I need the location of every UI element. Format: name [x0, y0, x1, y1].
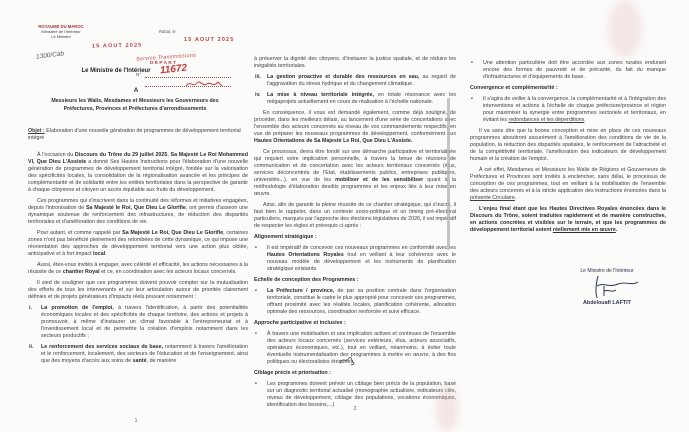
signature-name: Abdelouafi LAFTIT: [548, 300, 666, 306]
document-page-2: à préserver la dignité des citoyens, d'i…: [252, 12, 458, 424]
paragraph: Ce processus, devra être fondé sur une d…: [254, 149, 456, 198]
signature-title: Le Ministre de l'Intérieur: [548, 268, 666, 274]
paragraph: Il sied de souligner que ces programmes …: [28, 280, 248, 301]
page3-body: •Une attention particulière doit être ac…: [470, 56, 666, 234]
text-segment: Il va sans dire que la bonne conception …: [470, 128, 666, 162]
signature-block: Le Ministre de l'Intérieur Abdelouafi LA…: [548, 268, 666, 306]
text-segment: Une attention particulière doit être acc…: [483, 60, 666, 80]
paragraph: L'enjeu final étant que les Hautes Direc…: [470, 206, 666, 234]
text-segment: présente Circulaire: [470, 195, 515, 201]
addressees-line1: Messieurs les Walis, Mesdames et Messieu…: [24, 98, 246, 106]
text-segment: Pour autant, et comme rappelé par: [37, 230, 122, 236]
text-segment: .: [584, 117, 586, 123]
paragraph: Pour autant, et comme rappelé par Sa Maj…: [28, 230, 248, 258]
text-segment: Convergence et complémentarité :: [470, 85, 558, 91]
text-segment: Le renforcement des services sociaux de …: [41, 344, 163, 350]
page-edge-shadow: [447, 98, 450, 250]
subject-line: Objet : Elaboration d'une nouvelle génér…: [28, 128, 246, 142]
addressees: Messieurs les Walis, Mesdames et Messieu…: [24, 98, 246, 113]
list-marker: •: [255, 245, 257, 252]
text-segment: Ainsi, afin de garantir la pleine réussi…: [254, 202, 456, 229]
text-segment: À cet effet, Mesdames et Messieurs les W…: [470, 167, 666, 194]
list-item: •Les programmes doivent prévoir un cibla…: [254, 381, 456, 409]
document-page-3: •Une attention particulière doit être ac…: [468, 12, 670, 424]
text-segment: réellement mis en œuvre: [553, 227, 616, 233]
scan-artifact: [436, 386, 458, 432]
section-heading: Ciblage précis et priorisation :: [254, 370, 456, 377]
list-marker: •: [255, 288, 257, 295]
subject-text: Elaboration d'une nouvelle génération de…: [28, 128, 241, 141]
document-page-1: ROYAUME DU MAROC Ministère de l'Intérieu…: [22, 12, 250, 426]
list-marker: iii.: [255, 74, 261, 81]
text-segment: Sa Majesté le Roi, Que Dieu Le Glorifie: [86, 205, 186, 211]
text-segment: La promotion de l'emploi,: [41, 305, 114, 311]
list-item: •La Préfecture / province, de par sa pos…: [254, 288, 456, 316]
paragraph: à préserver la dignité des citoyens, d'i…: [254, 56, 456, 70]
subject-label: Objet :: [28, 128, 45, 134]
handwritten-reference-number: 1300/Cab: [36, 50, 65, 60]
addressees-line2: Préfectures, Provinces et Préfectures d'…: [24, 106, 246, 114]
list-item: ii.Le renforcement des services sociaux …: [28, 344, 248, 365]
list-marker: •: [471, 96, 473, 103]
letterhead-office: Le Ministre: [28, 34, 94, 39]
text-segment: santé: [133, 358, 147, 364]
text-segment: La Préfecture / province,: [267, 288, 334, 294]
date-stamp: 15 AOUT 2025: [92, 43, 143, 50]
text-segment: Approche participative et inclusive :: [254, 320, 346, 326]
text-segment: Discours du Trône du 29 juillet 2025: [75, 152, 167, 158]
letterhead: ROYAUME DU MAROC Ministère de l'Intérieu…: [28, 24, 94, 39]
text-segment: .: [515, 195, 517, 201]
list-item: iv.La mise à niveau territoriale intégré…: [254, 92, 456, 106]
list-marker: •: [255, 381, 257, 388]
list-item: •Il est impératif de concevoir ces nouve…: [254, 245, 456, 273]
text-segment: Sa Majesté Le Roi, Que Dieu Le Glorifie: [122, 230, 223, 236]
text-segment: À l'occasion du: [37, 152, 75, 158]
text-segment: .: [105, 251, 107, 257]
section-heading: Approche participative et inclusive :: [254, 320, 456, 327]
list-item: iii.La gestion proactive et durable des …: [254, 74, 456, 88]
paragraph: Ainsi, afin de garantir la pleine réussi…: [254, 202, 456, 230]
list-item: i.La promotion de l'emploi, à travers l'…: [28, 305, 248, 340]
page1-body: À l'occasion du Discours du Trône du 29 …: [28, 148, 248, 365]
text-segment: mobiliser et de les sensibiliser: [335, 177, 423, 183]
handwritten-paraph: [338, 354, 356, 366]
scan-artifact: [608, 0, 642, 58]
paragraph: En conséquence, il vous est demandé égal…: [254, 110, 456, 145]
text-segment: Les programmes doivent prévoir un ciblag…: [267, 381, 456, 408]
text-segment: Ciblage précis et priorisation :: [254, 370, 331, 376]
paragraph: À cet effet, Mesdames et Messieurs les W…: [470, 167, 666, 202]
sender-title: Le Ministre de l'Intérieur: [60, 68, 172, 74]
list-item: •Une attention particulière doit être ac…: [470, 60, 666, 81]
text-segment: La gestion proactive et durable des ress…: [267, 74, 419, 80]
paragraph: À l'occasion du Discours du Trône du 29 …: [28, 152, 248, 194]
text-segment: Il est impératif de concevoir ces nouvea…: [267, 245, 456, 251]
text-segment: local: [93, 251, 105, 257]
place-date-label: Rabat, le: [159, 29, 176, 34]
list-marker: •: [255, 331, 257, 338]
text-segment: En conséquence, il vous est demandé égal…: [254, 110, 456, 137]
section-heading: Convergence et complémentarité :: [470, 85, 666, 92]
text-segment: redondances et les déperditions: [509, 117, 585, 123]
page-number: 2: [252, 406, 458, 412]
section-heading: Echelle de conception des Programmes :: [254, 277, 456, 284]
text-segment: .: [616, 227, 618, 233]
list-marker: •: [471, 60, 473, 67]
text-segment: Il sied de souligner que ces programmes …: [28, 280, 248, 300]
page-number: 1: [22, 418, 250, 424]
section-heading: Alignement stratégique :: [254, 234, 456, 241]
text-segment: Hautes Orientations de Sa Majesté Le Roi…: [254, 138, 412, 144]
text-segment: À travers une mobilisation et une implic…: [267, 331, 456, 365]
date-stamp: 15 AOUT 2025: [184, 37, 234, 43]
text-segment: , de manière: [147, 358, 177, 364]
paragraph: Il va sans dire que la bonne conception …: [470, 128, 666, 163]
paragraph: Aussi, êtes-vous invités à engager, avec…: [28, 262, 248, 276]
text-segment: La mise à niveau territoriale intégrée,: [267, 92, 374, 98]
list-item: •Il s'agira de veiller à la convergence,…: [470, 96, 666, 124]
text-segment: chantier Royal: [63, 269, 100, 275]
text-segment: et ce, en coordination avec les acteurs …: [100, 269, 237, 275]
list-marker: i.: [29, 305, 32, 312]
list-marker: ii.: [29, 344, 33, 351]
signature-scribble: [568, 274, 646, 300]
scanned-circular-document: { "colors": { "stamp_red": "#c23b3b", "l…: [0, 0, 689, 432]
text-segment: à préserver la dignité des citoyens, d'i…: [254, 56, 456, 69]
list-marker: iv.: [255, 92, 261, 99]
to-label: A: [22, 88, 250, 94]
paragraph: Ces programmes qui s'inscrivent dans la …: [28, 198, 248, 226]
text-segment: Alignement stratégique :: [254, 234, 317, 240]
text-segment: Echelle de conception des Programmes :: [254, 277, 359, 283]
text-segment: Hautes Orientations Royales: [267, 252, 344, 258]
